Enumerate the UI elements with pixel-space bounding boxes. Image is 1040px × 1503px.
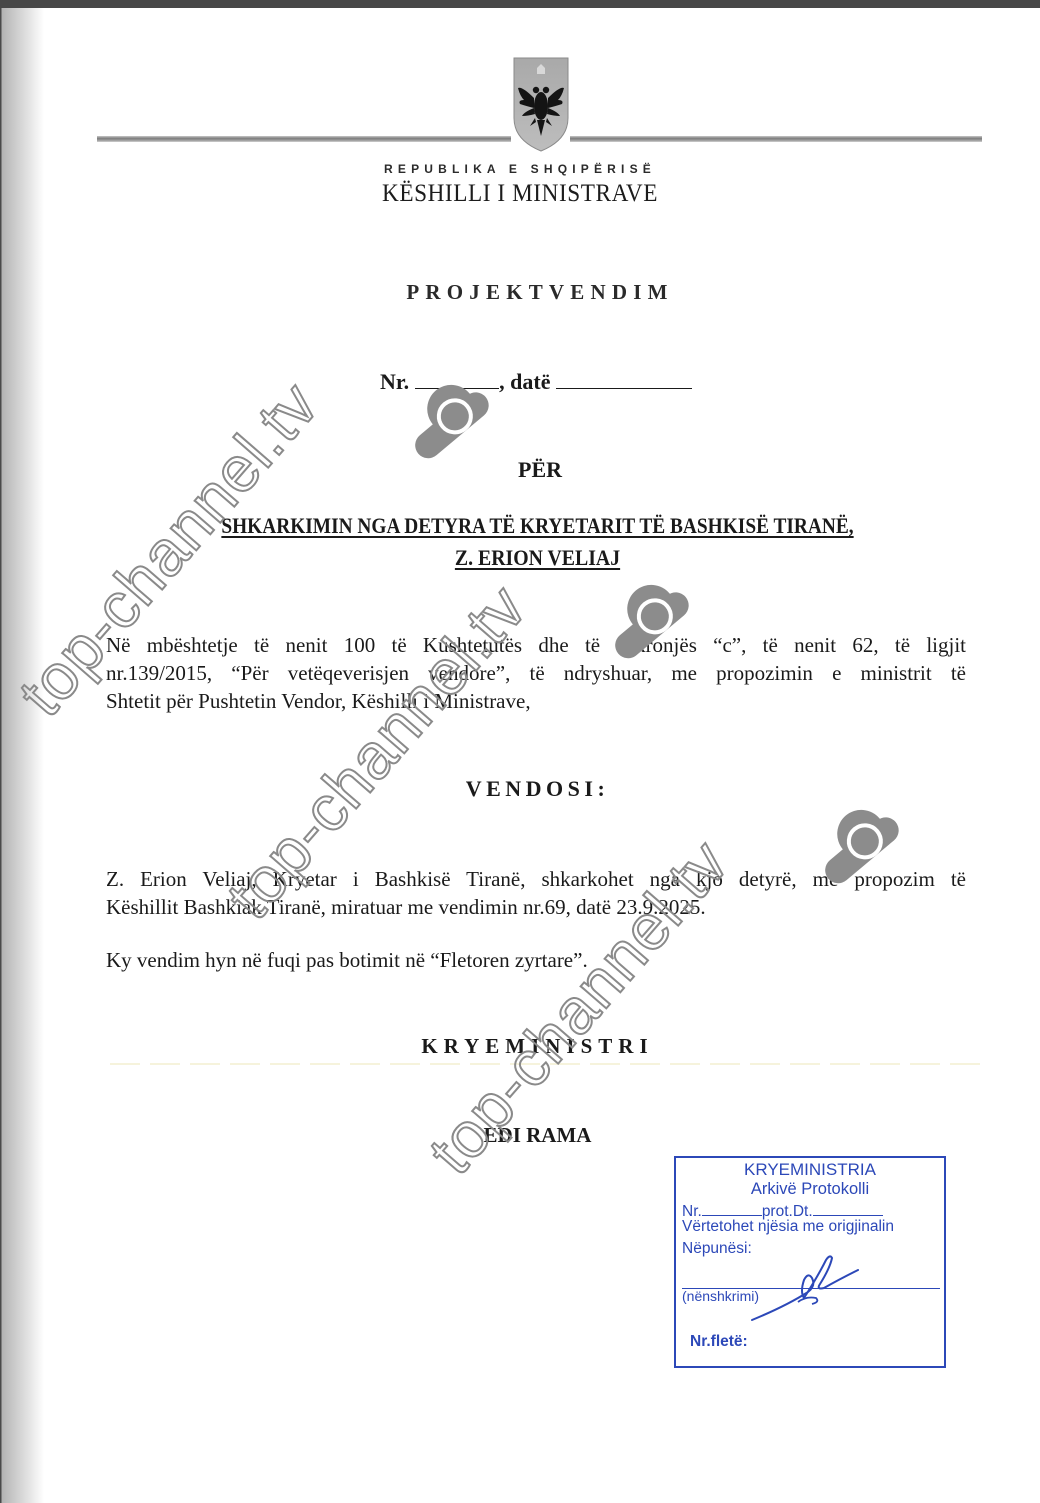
viewer-top-bar [0,0,1040,8]
stamp-clerk-label: Nëpunësi: [682,1240,752,1258]
header-rule-left [97,136,511,142]
council-heading: KËSHILLI I MINISTRAVE [36,180,1003,208]
decision-line: Z. Erion Veliaj, Kryetar i Bashkisë Tira… [106,865,966,893]
decides-heading: VENDOSI: [0,776,1040,802]
header-rule-right [570,136,982,142]
subject-line-1: SHKARKIMIN NGA DETYRA TË KRYETARIT TË BA… [65,513,1011,539]
document-page: REPUBLIKA E SHQIPËRISË KËSHILLI I MINIST… [0,8,1040,1503]
entry-into-force-paragraph: Ky vendim hyn në fuqi pas botimit në “Fl… [106,946,966,974]
albanian-eagle-coat-of-arms-icon [512,56,570,152]
preamble-paragraph: Në mbështetje të nenit 100 të Kushtetutë… [106,631,966,715]
number-date-line: Nr., datë [380,368,692,395]
signer-name: EDI RAMA [0,1123,1040,1148]
decision-paragraph: Z. Erion Veliaj, Kryetar i Bashkisë Tira… [106,865,966,921]
stamp-subtitle: Arkivë Protokolli [676,1180,944,1199]
signer-title: KRYEMINISTRI [0,1034,1040,1059]
archive-stamp: KRYEMINISTRIA Arkivë Protokolli Nr.prot.… [674,1156,946,1368]
for-label: PËR [0,457,1040,483]
date-blank [556,368,692,389]
preamble-line: Shtetit për Pushtetin Vendor, Këshilli i… [106,687,966,715]
stamp-title: KRYEMINISTRIA [676,1160,944,1180]
stamp-sheet-label: Nr.fletë: [690,1333,748,1351]
document-type-title: PROJEKTVENDIM [0,280,1040,305]
number-label: Nr. [380,369,409,394]
handwritten-signature-icon [746,1246,866,1326]
date-label: , datë [499,369,550,394]
number-blank [415,368,499,389]
stamp-signature-label: (nënshkrimi) [682,1288,759,1304]
republic-heading: REPUBLIKA E SHQIPËRISË [0,162,1040,176]
decision-line: Këshillit Bashkiak Tiranë, miratuar me v… [106,893,966,921]
stamp-certified-text: Vërtetohet njësia me origjinalin [682,1218,894,1236]
top-channel-logo-icon [402,383,498,463]
scan-artifact-line [110,1063,990,1065]
preamble-line: nr.139/2015, “Për vetëqeverisjen vendore… [106,659,966,687]
subject-line-2: Z. ERION VELIAJ [54,545,1022,571]
preamble-line: Në mbështetje të nenit 100 të Kushtetutë… [106,631,966,659]
